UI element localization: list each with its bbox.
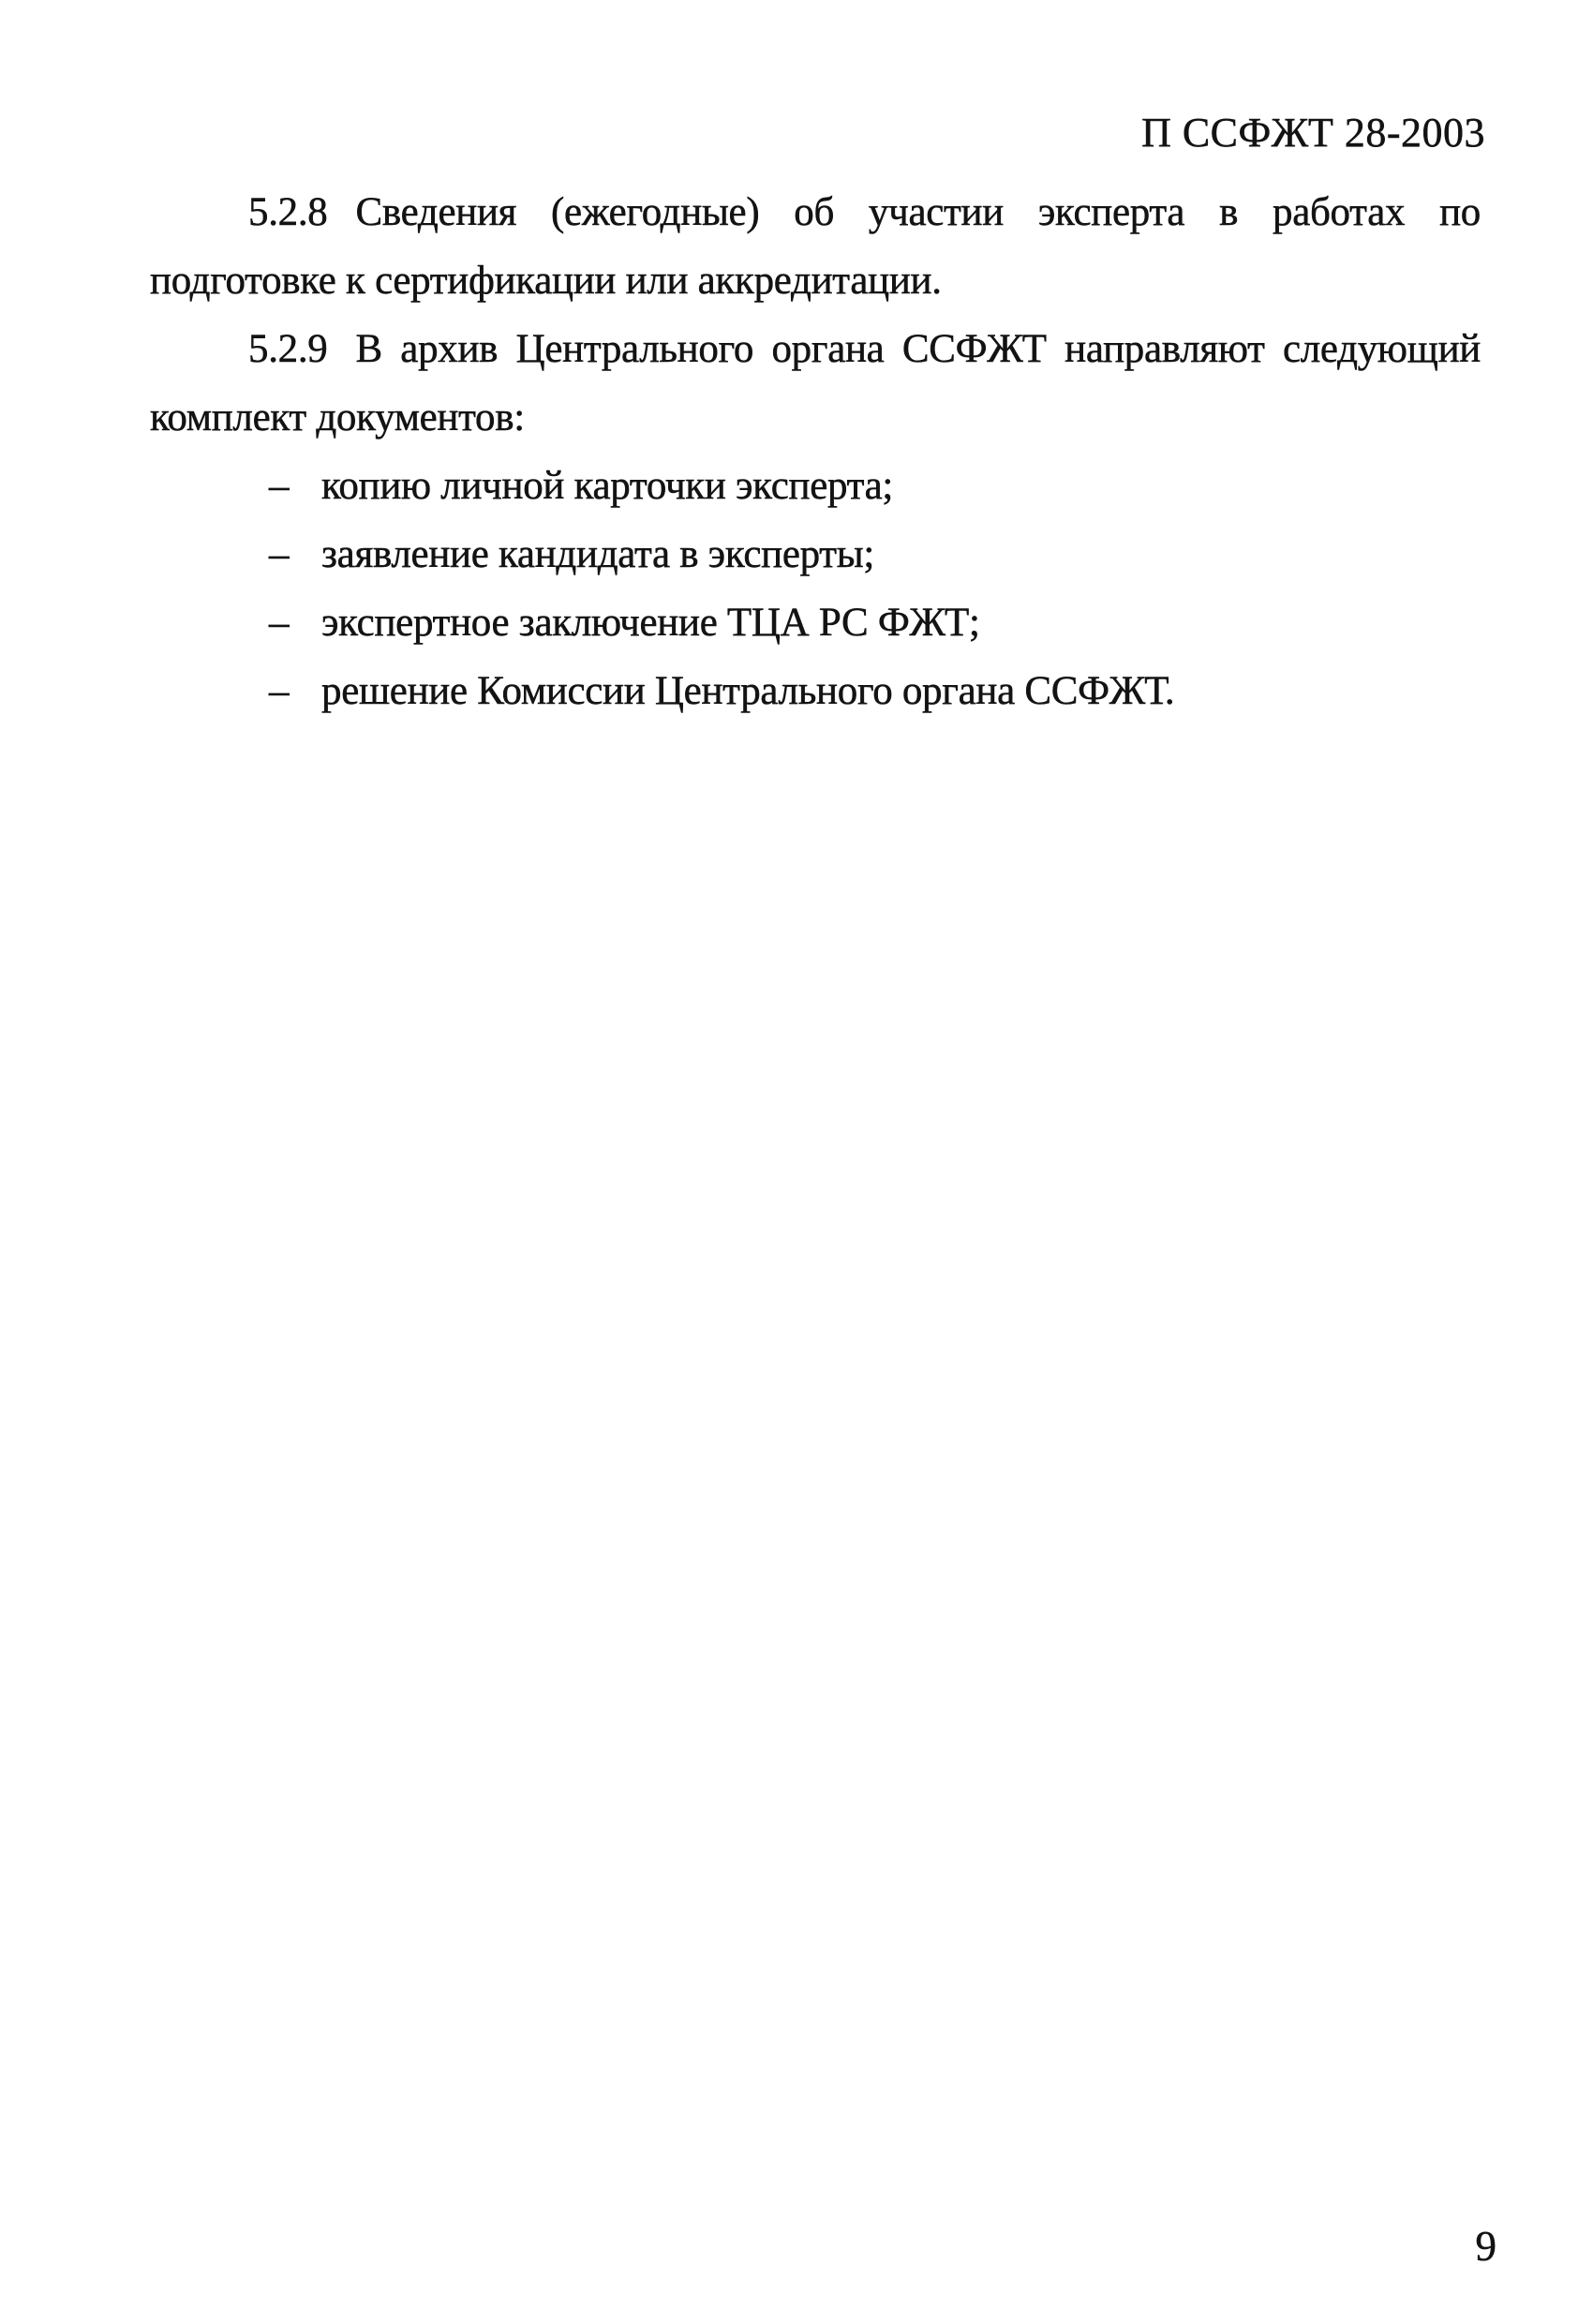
clause-number: 5.2.8 — [248, 190, 328, 234]
dash-bullet: – — [269, 588, 321, 657]
list-item: –экспертное заключение ТЦА РС ФЖТ; — [150, 588, 1481, 657]
page-number: 9 — [1476, 2223, 1497, 2272]
document-body: 5.2.8Сведения (ежегодные) об участии экс… — [150, 178, 1481, 725]
list-item: –заявление кандидата в эксперты; — [150, 520, 1481, 588]
list-item-text: решение Комиссии Центрального органа ССФ… — [321, 669, 1174, 713]
clause-text: Сведения (ежегодные) об участии эксперта… — [150, 190, 1481, 303]
dash-bullet: – — [269, 520, 321, 588]
document-page: П ССФЖТ 28-2003 5.2.8Сведения (ежегодные… — [0, 0, 1593, 2324]
paragraph-5-2-9: 5.2.9В архив Центрального органа ССФЖТ н… — [150, 315, 1481, 452]
dash-bullet: – — [269, 452, 321, 520]
clause-text: В архив Центрального органа ССФЖТ направ… — [150, 327, 1481, 439]
document-dash-list: –копию личной карточки эксперта; –заявле… — [150, 452, 1481, 725]
document-code-header: П ССФЖТ 28-2003 — [1141, 110, 1485, 157]
list-item-text: заявление кандидата в эксперты; — [321, 532, 874, 576]
list-item: –копию личной карточки эксперта; — [150, 452, 1481, 520]
list-item-text: копию личной карточки эксперта; — [321, 464, 893, 508]
dash-bullet: – — [269, 657, 321, 725]
list-item: –решение Комиссии Центрального органа СС… — [150, 657, 1481, 725]
clause-number: 5.2.9 — [248, 327, 328, 371]
list-item-text: экспертное заключение ТЦА РС ФЖТ; — [321, 601, 980, 645]
paragraph-5-2-8: 5.2.8Сведения (ежегодные) об участии экс… — [150, 178, 1481, 315]
